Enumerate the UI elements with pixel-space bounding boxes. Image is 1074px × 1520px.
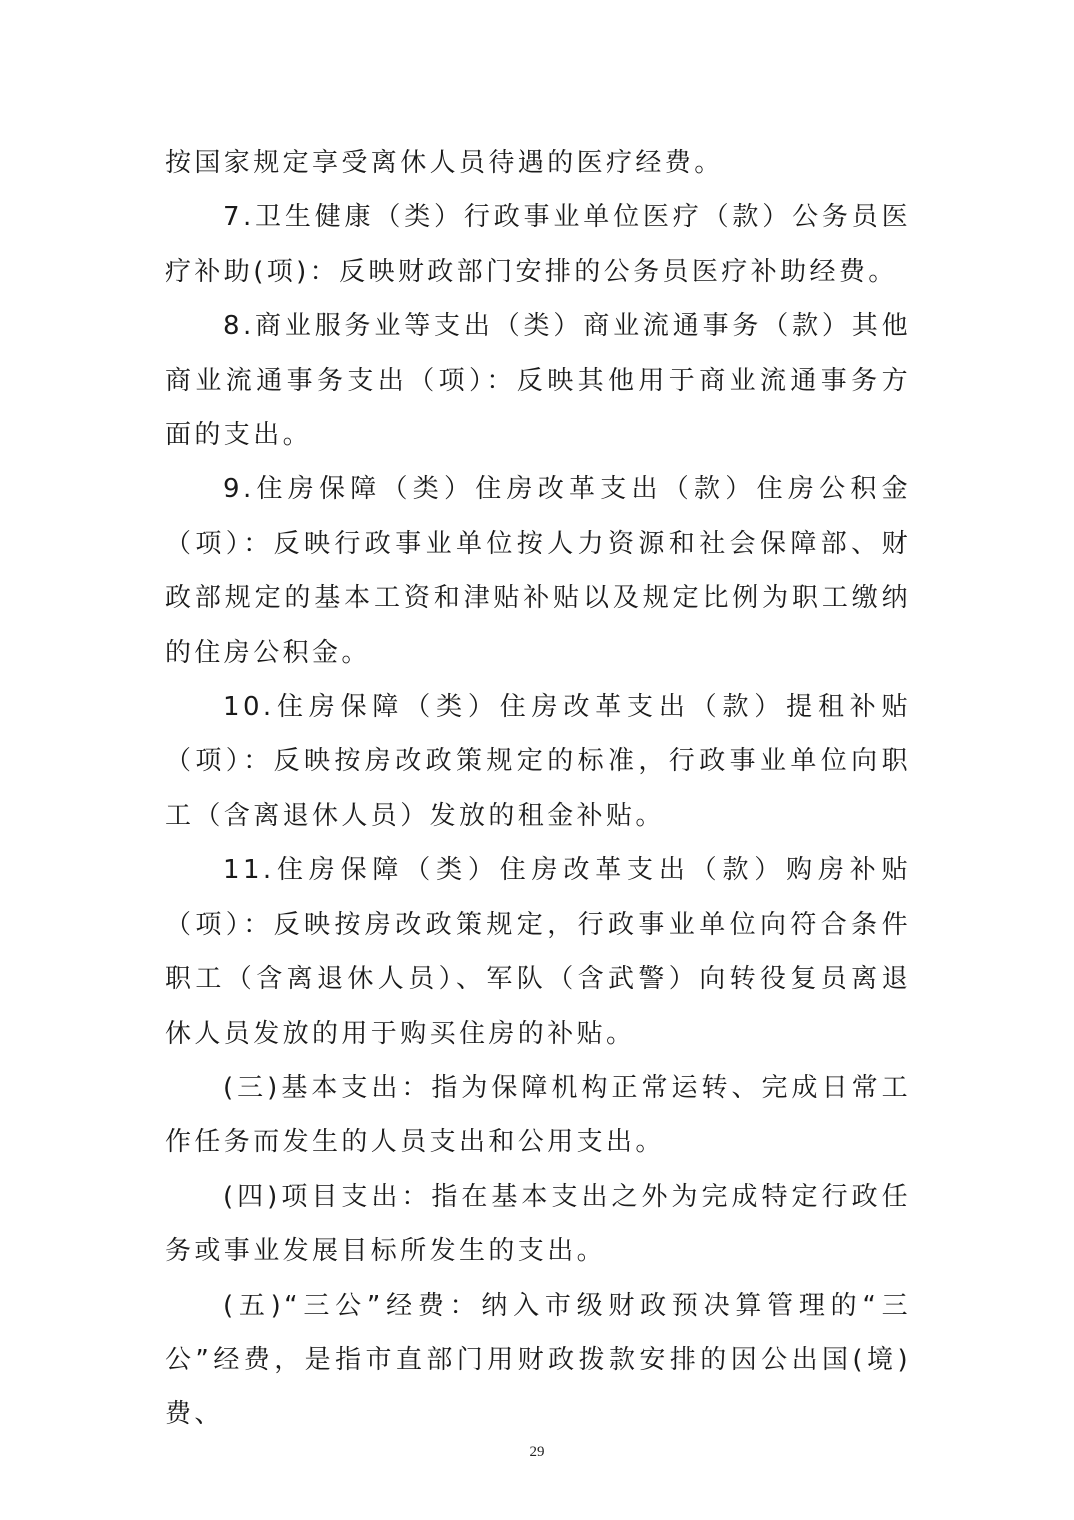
- paragraph-item-10-rent-subsidy: 10.住房保障（类）住房改革支出（款）提租补贴（项）：反映按房改政策规定的标准，…: [165, 680, 911, 843]
- paragraph-project-expenditure: (四)项目支出：指在基本支出之外为完成特定行政任务或事业发展目标所发生的支出。: [165, 1170, 911, 1279]
- paragraph-item-7-civil-servant-medical-subsidy: 7.卫生健康（类）行政事业单位医疗（款）公务员医疗补助(项)：反映财政部门安排的…: [165, 190, 911, 299]
- paragraph-basic-expenditure: (三)基本支出：指为保障机构正常运转、完成日常工作任务而发生的人员支出和公用支出…: [165, 1061, 911, 1170]
- page-number: 29: [0, 1444, 1074, 1461]
- paragraph-item-11-housing-purchase-subsidy: 11.住房保障（类）住房改革支出（款）购房补贴（项）：反映按房改政策规定，行政事…: [165, 843, 911, 1061]
- document-body: 按国家规定享受离休人员待遇的医疗经费。 7.卫生健康（类）行政事业单位医疗（款）…: [165, 136, 911, 1442]
- paragraph-medical-retiree-continuation: 按国家规定享受离休人员待遇的医疗经费。: [165, 136, 911, 190]
- paragraph-item-8-commerce-circulation: 8.商业服务业等支出（类）商业流通事务（款）其他商业流通事务支出（项）：反映其他…: [165, 299, 911, 462]
- document-page: 按国家规定享受离休人员待遇的医疗经费。 7.卫生健康（类）行政事业单位医疗（款）…: [0, 0, 1074, 1520]
- paragraph-item-9-housing-provident-fund: 9.住房保障（类）住房改革支出（款）住房公积金（项）：反映行政事业单位按人力资源…: [165, 462, 911, 680]
- paragraph-three-public-expenses: (五)“三公”经费：纳入市级财政预决算管理的“三公”经费，是指市直部门用财政拨款…: [165, 1279, 911, 1442]
